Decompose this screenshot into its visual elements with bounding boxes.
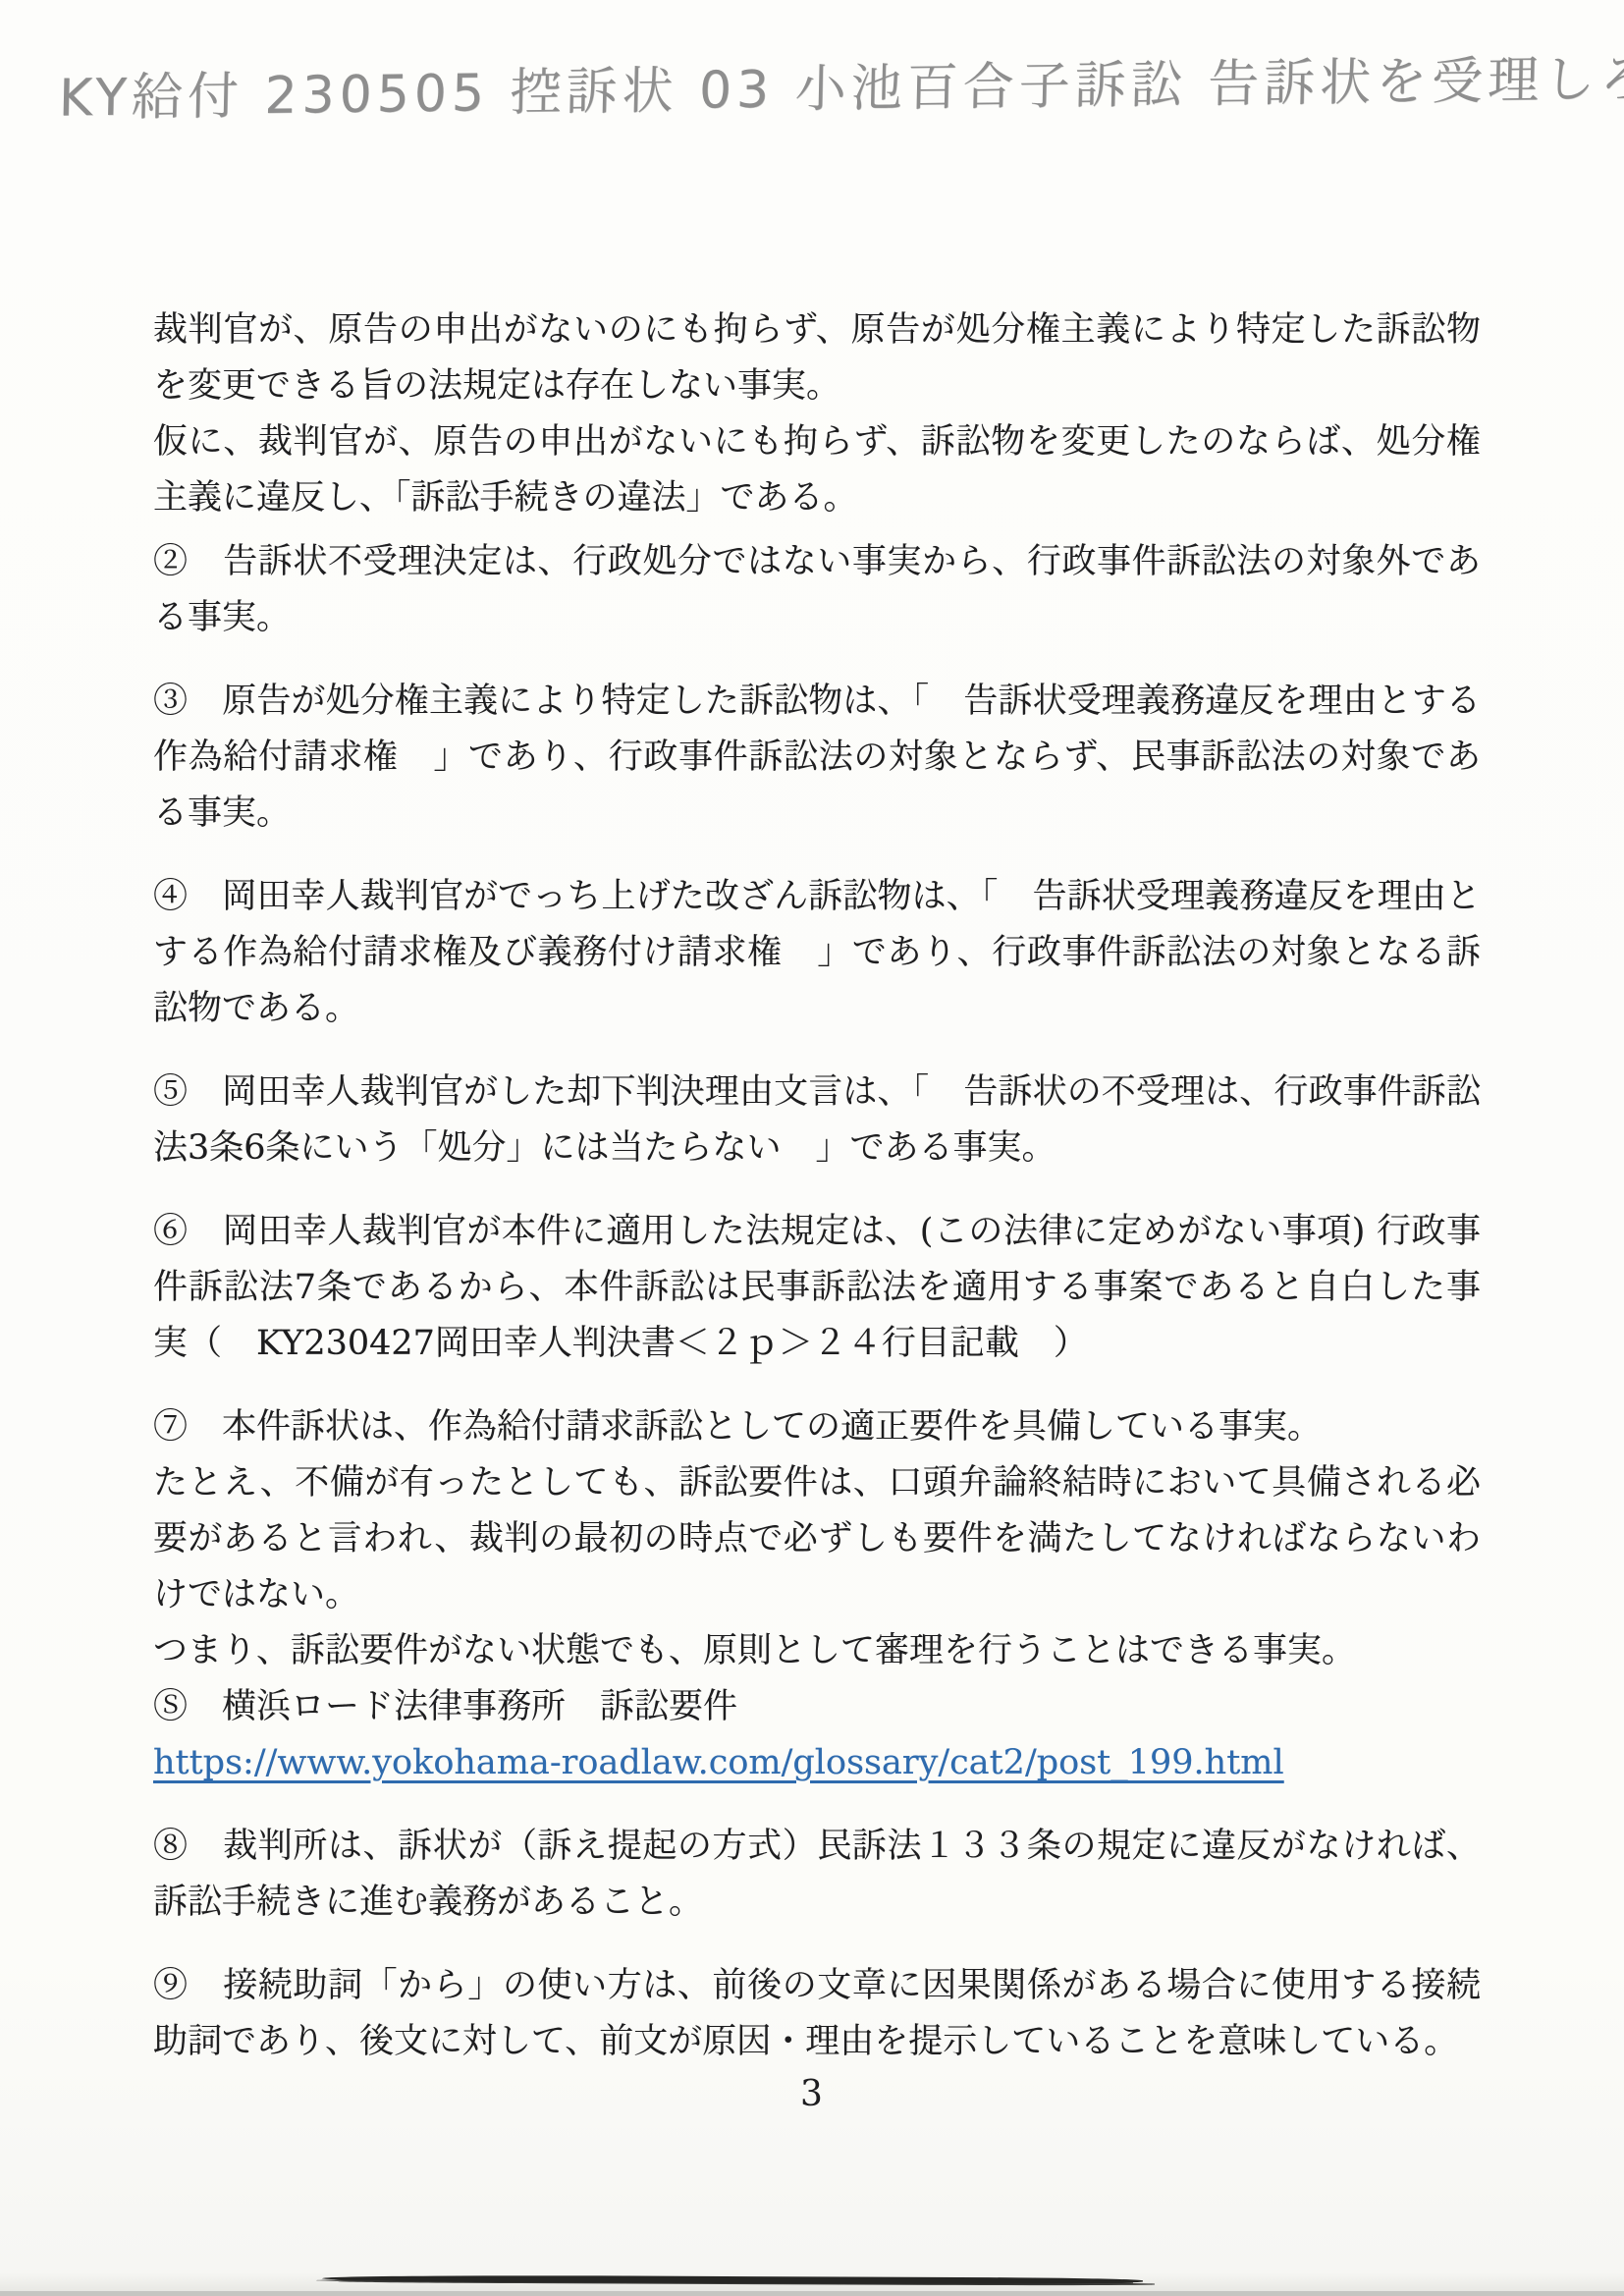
- item-7-complaint-requirements-line1: ⑦ 本件訴状は、作為給付請求訴訟としての適正要件を具備している事実。: [153, 1399, 1481, 1455]
- item-3-plaintiff-claim-object: ③ 原告が処分権主義により特定した訴訟物は、「 告訴状受理義務違反を理由とする作…: [153, 674, 1481, 842]
- scanned-legal-document-page: KY給付 230505 控訴状 03 小池百合子訴訟 告訴状を受理しろ 裁判官が…: [0, 0, 1624, 2296]
- scan-bottom-edge-shadow: [0, 2291, 1624, 2296]
- item-6-applied-law-provision: ⑥ 岡田幸人裁判官が本件に適用した法規定は、(この法律に定めがない事項) 行政事…: [153, 1204, 1481, 1372]
- paragraph-disposition-principle-line1: 裁判官が、原告の申出がないのにも拘らず、原告が処分権主義により特定した訴訟物を変…: [153, 302, 1481, 414]
- item-7-complaint-requirements-line2: たとえ、不備が有ったとしても、訴訟要件は、口頭弁論終結時において具備される必要が…: [153, 1455, 1481, 1623]
- item-2-non-acceptance-decision: ② 告訴状不受理決定は、行政処分ではない事実から、行政事件訴訟法の対象外である事…: [153, 534, 1481, 646]
- page-number: 3: [0, 2074, 1624, 2114]
- item-9-conjunction-kara-usage: ⑨ 接続助詞「から」の使い方は、前後の文章に因果関係がある場合に使用する接続助詞…: [153, 1958, 1481, 2070]
- paragraph-disposition-principle-line2: 仮に、裁判官が、原告の申出がないにも拘らず、訴訟物を変更したのならば、処分権主義…: [153, 414, 1481, 526]
- yokohama-roadlaw-link[interactable]: https://www.yokohama-roadlaw.com/glossar…: [153, 1743, 1284, 1782]
- item-4-fabricated-claim-object: ④ 岡田幸人裁判官がでっち上げた改ざん訴訟物は、「 告訴状受理義務違反を理由とす…: [153, 869, 1481, 1037]
- item-8-court-obligation: ⑧ 裁判所は、訴状が（訴え提起の方式）民訴法１３３条の規定に違反がなければ、訴訟…: [153, 1819, 1481, 1931]
- item-7-complaint-requirements-line3: つまり、訴訟要件がない状態でも、原則として審理を行うことはできる事実。: [153, 1623, 1481, 1679]
- scan-artifact-line: [322, 2274, 1143, 2285]
- document-body: 裁判官が、原告の申出がないのにも拘らず、原告が処分権主義により特定した訴訟物を変…: [153, 302, 1481, 2070]
- item-5-dismissal-reason-wording: ⑤ 岡田幸人裁判官がした却下判決理由文言は、「 告訴状の不受理は、行政事件訴訟法…: [153, 1065, 1481, 1176]
- item-7-source-reference: Ⓢ 横浜ロード法律事務所 訴訟要件: [153, 1679, 1481, 1735]
- reference-link-line: https://www.yokohama-roadlaw.com/glossar…: [153, 1735, 1481, 1791]
- handwritten-header: KY給付 230505 控訴状 03 小池百合子訴訟 告訴状を受理しろ: [58, 37, 1592, 130]
